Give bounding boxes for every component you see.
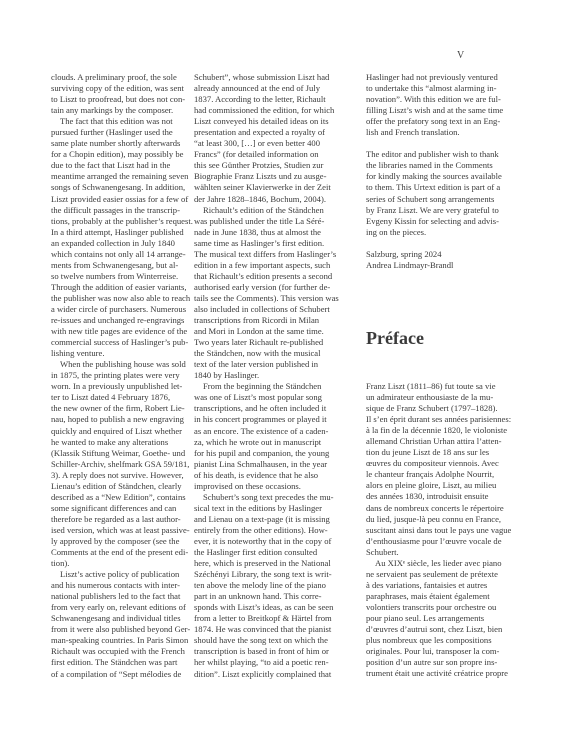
text-line: Franz Liszt (1811–86) fut toute sa vie xyxy=(366,381,504,392)
text-line: Schubert”, whose submission Liszt had xyxy=(194,72,329,83)
text-line: nau, hoped to publish a new engraving xyxy=(51,414,186,425)
text-line: quickly and enquired of Liszt whether xyxy=(51,426,186,437)
text-line: ly approved by the composer (see the xyxy=(51,536,186,547)
text-line: œuvres du compositeur viennois. Avec xyxy=(366,458,504,469)
text-line: Schubert’s song text precedes the mu- xyxy=(194,492,329,503)
text-line: (Klassik Stiftung Weimar, Goethe- und xyxy=(51,448,186,459)
text-line: her whilst playing, “to aid a poetic ren… xyxy=(194,657,329,668)
text-line: wählten seiner Klavierwerke in der Zeit xyxy=(194,182,329,193)
text-line: lishing venture. xyxy=(51,348,186,359)
text-line: the Ständchen, now with the musical xyxy=(194,348,329,359)
text-line: therefore be regarded as a last author- xyxy=(51,514,186,525)
text-line: tions, probably at the publisher’s reque… xyxy=(51,216,186,227)
text-line: was published under the title La Séré- xyxy=(194,216,329,227)
text-line: 1837. According to the letter, Richault xyxy=(194,94,329,105)
text-line: some significant differences and can xyxy=(51,503,186,514)
text-line: From the beginning the Ständchen xyxy=(194,381,329,392)
text-line: paraphrases, mais étaient également xyxy=(366,591,504,602)
text-line: man-speaking countries. In Paris Simon xyxy=(51,635,186,646)
text-line: an expanded collection in July 1840 xyxy=(51,238,186,249)
text-line: already announced at the end of July xyxy=(194,83,329,94)
text-line: Schubert. xyxy=(366,547,504,558)
text-line: to Liszt to proofread, but does not con- xyxy=(51,94,186,105)
text-line: The musical text differs from Haslinger’… xyxy=(194,249,329,260)
text-line: offer the prefatory song text in an Eng- xyxy=(366,116,504,127)
text-line: in his concert programmes or played it xyxy=(194,414,329,425)
text-line: entirely from the other editions). How- xyxy=(194,525,329,536)
text-line: When the publishing house was sold xyxy=(51,359,186,370)
text-line: from it were also published beyond Ger- xyxy=(51,624,186,635)
text-line: ter to Liszt dated 4 February 1876, xyxy=(51,392,186,403)
text-line: pianist Lina Schmalhausen, in the year xyxy=(194,459,329,470)
text-line: for a Chopin edition), may possibly be xyxy=(51,149,186,160)
text-line: clouds. A preliminary proof, the sole xyxy=(51,72,186,83)
text-line: meantime arranged the remaining seven xyxy=(51,171,186,182)
text-line: des années 1830, introduisit ensuite xyxy=(366,491,504,502)
text-line: Schwanengesang and individual titles xyxy=(51,613,186,624)
text-line: transcriptions from Ricordi in Milan xyxy=(194,315,329,326)
column-middle: Schubert”, whose submission Liszt hadalr… xyxy=(194,72,329,680)
text-line: re-issues and unchanged re-engravings xyxy=(51,315,186,326)
text-line: by Franz Liszt. We are very grateful to xyxy=(366,205,504,216)
text-line: Haslinger had not previously ventured xyxy=(366,72,504,83)
text-line: d’enthousiasme pour l’œuvre vocale de xyxy=(366,536,504,547)
text-line: Schiller-Archiv, shelfmark GSA 59/181, xyxy=(51,459,186,470)
text-line: position d’un autre sur son propre ins- xyxy=(366,657,504,668)
text-line: also included in collections of Schubert xyxy=(194,304,329,315)
text-line: the libraries named in the Comments xyxy=(366,160,504,171)
text-line: same plate number shortly afterwards xyxy=(51,138,186,149)
text-line: pursued further (Haslinger used the xyxy=(51,127,186,138)
text-line: the publisher was now also able to reach xyxy=(51,293,186,304)
text-line: à des variations, fantaisies et autres xyxy=(366,580,504,591)
text-line: worn. In a previously unpublished let- xyxy=(51,381,186,392)
text-line: sique de Franz Schubert (1797–1828). xyxy=(366,403,504,414)
text-line: Lienau’s edition of Ständchen, clearly xyxy=(51,481,186,492)
text-line: surviving copy of the edition, was sent xyxy=(51,83,186,94)
text-line: Andrea Lindmayr-Brandl xyxy=(366,260,504,271)
text-line: ing on the pieces. xyxy=(366,227,504,238)
text-line: here, which is preserved in the National xyxy=(194,558,329,569)
text-line: allemand Christian Urhan attira l’atten- xyxy=(366,436,504,447)
page-number: V xyxy=(457,50,464,61)
text-line: ever, it is noteworthy that in the copy … xyxy=(194,536,329,547)
text-line: suscitant ainsi dans tout le pays une va… xyxy=(366,525,504,536)
text-line: novation”. With this edition we are ful- xyxy=(366,94,504,105)
text-line: originales. Pour lui, transposer la com- xyxy=(366,646,504,657)
text-line: Széchényi Library, the song text is writ… xyxy=(194,569,329,580)
text-line: ten above the melody line of the piano xyxy=(194,580,329,591)
text-line: The editor and publisher wish to thank xyxy=(366,149,504,160)
text-line: with new title pages are evidence of the xyxy=(51,326,186,337)
text-line: pour piano seul. Les arrangements xyxy=(366,613,504,624)
text-line: le chanteur français Adolphe Nourrit, xyxy=(366,469,504,480)
text-line: that Richault’s edition presents a secon… xyxy=(194,271,329,282)
text-line: Richault’s edition of the Ständchen xyxy=(194,205,329,216)
column-left: clouds. A preliminary proof, the solesur… xyxy=(51,72,186,680)
text-line: the new owner of the firm, Robert Lie- xyxy=(51,403,186,414)
text-line: and Mori in London at the same time. xyxy=(194,326,329,337)
text-line: filling Liszt’s wish and at the same tim… xyxy=(366,105,504,116)
text-line: d’œuvres d’autrui sont, chez Liszt, bien xyxy=(366,624,504,635)
text-line: lish and French translation. xyxy=(366,127,504,138)
text-line: presentation and expected a royalty of xyxy=(194,127,329,138)
text-line: ised version, which was at least passive… xyxy=(51,525,186,536)
text-line: edition in a few important aspects, such xyxy=(194,260,329,271)
text-line: in 1875, the printing plates were very xyxy=(51,370,186,381)
text-line: Biographie Franz Liszts und zu ausge- xyxy=(194,171,329,182)
text-line: due to the fact that Liszt had in the xyxy=(51,160,186,171)
text-line: Liszt’s active policy of publication xyxy=(51,569,186,580)
section-heading-preface: Préface xyxy=(366,327,424,349)
text-line: tain any markings by the composer. xyxy=(51,105,186,116)
text-line: ments from Schwanengesang, but al- xyxy=(51,260,186,271)
text-line: this see Günther Protzies, Studien zur xyxy=(194,160,329,171)
text-line: part in an unknown hand. This corre- xyxy=(194,591,329,602)
text-line: 3). A reply does not survive. However, xyxy=(51,470,186,481)
text-line: Il s’en éprit durant ses années parisien… xyxy=(366,414,504,425)
text-line: Comments at the end of the present edi- xyxy=(51,547,186,558)
text-line: should have the song text on which the xyxy=(194,635,329,646)
text-line: improvised on these occasions. xyxy=(194,481,329,492)
text-line: tails see the Comments). This version wa… xyxy=(194,293,329,304)
text-line: Francs” (for detailed information on xyxy=(194,149,329,160)
text-line: and his numerous contacts with inter- xyxy=(51,580,186,591)
text-line: tion). xyxy=(51,558,186,569)
text-line: described as a “New Edition”, contains xyxy=(51,492,186,503)
text-line: so twelve numbers from Winterreise. xyxy=(51,271,186,282)
column-right-french: Franz Liszt (1811–86) fut toute sa vieun… xyxy=(366,381,504,679)
text-line: and Lienau on a text-page (it is missing xyxy=(194,514,329,525)
text-line: Liszt conveyed his detailed ideas on its xyxy=(194,116,329,127)
text-line: Two years later Richault re-published xyxy=(194,337,329,348)
text-line: text of the later version published in xyxy=(194,359,329,370)
text-line: ne servaient pas seulement de prétexte xyxy=(366,569,504,580)
text-line: a wider circle of purchasers. Numerous xyxy=(51,304,186,315)
text-line: for kindly making the sources available xyxy=(366,171,504,182)
text-line: 1874. He was convinced that the pianist xyxy=(194,624,329,635)
text-line: Richault was occupied with the French xyxy=(51,646,186,657)
text-line: had commissioned the edition, for which xyxy=(194,105,329,116)
text-line: was one of Liszt’s most popular song xyxy=(194,392,329,403)
text-line: to them. This Urtext edition is part of … xyxy=(366,182,504,193)
text-line: 1840 by Haslinger. xyxy=(194,370,329,381)
text-line: for his pupil and companion, the young xyxy=(194,448,329,459)
text-line: dans de nombreux concerts le répertoire xyxy=(366,503,504,514)
text-line: nade in June 1838, thus at almost the xyxy=(194,227,329,238)
text-line: trument était une activité créatrice pro… xyxy=(366,668,504,679)
text-line: the difficult passages in the transcrip- xyxy=(51,205,186,216)
text-line: as an encore. The existence of a caden- xyxy=(194,426,329,437)
text-line: Liszt provided easier ossias for a few o… xyxy=(51,194,186,205)
text-line: of his death, is evidence that he also xyxy=(194,470,329,481)
text-line: of a compilation of “Sept mélodies de xyxy=(51,669,186,680)
text-line: national publishers led to the fact that xyxy=(51,591,186,602)
text-line: same time as Haslinger’s first edition. xyxy=(194,238,329,249)
text-line: Evgeny Kissin for selecting and advis- xyxy=(366,216,504,227)
text-line: he wanted to make any alterations xyxy=(51,437,186,448)
text-line: “at least 300, […] or even better 400 xyxy=(194,138,329,149)
text-line: to undertake this “almost alarming in- xyxy=(366,83,504,94)
text-line: from a letter to Breitkopf & Härtel from xyxy=(194,613,329,624)
text-line: Salzburg, spring 2024 xyxy=(366,249,504,260)
text-line: songs of Schwanengesang. In addition, xyxy=(51,182,186,193)
text-line: commercial success of Haslinger’s pub- xyxy=(51,337,186,348)
text-line: In a third attempt, Haslinger published xyxy=(51,227,186,238)
text-line: series of Schubert song arrangements xyxy=(366,194,504,205)
text-line: tion du jeune Liszt de 18 ans sur les xyxy=(366,447,504,458)
paragraph-gap xyxy=(366,138,504,149)
text-line: volontiers transcrits pour orchestre ou xyxy=(366,602,504,613)
text-line: the Haslinger first edition consulted xyxy=(194,547,329,558)
text-line: der Jahre 1828–1846, Bochum, 2004). xyxy=(194,194,329,205)
text-line: first edition. The Ständchen was part xyxy=(51,657,186,668)
text-line: transcriptions, and he often included it xyxy=(194,403,329,414)
paragraph-gap xyxy=(366,238,504,249)
text-line: du lied, jusque-là peu connu en France, xyxy=(366,514,504,525)
text-line: The fact that this edition was not xyxy=(51,116,186,127)
text-line: à la fin de la décennie 1820, le violoni… xyxy=(366,425,504,436)
text-line: Au XIXᵉ siècle, les lieder avec piano xyxy=(366,558,504,569)
text-line: un admirateur enthousiaste de la mu- xyxy=(366,392,504,403)
text-line: dition”. Liszt explicitly complained tha… xyxy=(194,669,329,680)
text-line: which contains not only all 14 arrange- xyxy=(51,249,186,260)
text-line: za, which he wrote out in manuscript xyxy=(194,437,329,448)
text-line: alors en pleine gloire, Liszt, au milieu xyxy=(366,480,504,491)
text-line: Through the addition of easier variants, xyxy=(51,282,186,293)
text-line: sponds with Liszt’s ideas, as can be see… xyxy=(194,602,329,613)
text-line: authorised early version (for further de… xyxy=(194,282,329,293)
column-right: Haslinger had not previously venturedto … xyxy=(366,72,504,271)
text-line: transcription is based in front of him o… xyxy=(194,646,329,657)
text-line: plus nombreux que les compositions xyxy=(366,635,504,646)
text-line: from very early on, relevant editions of xyxy=(51,602,186,613)
text-line: sical text in the editions by Haslinger xyxy=(194,503,329,514)
